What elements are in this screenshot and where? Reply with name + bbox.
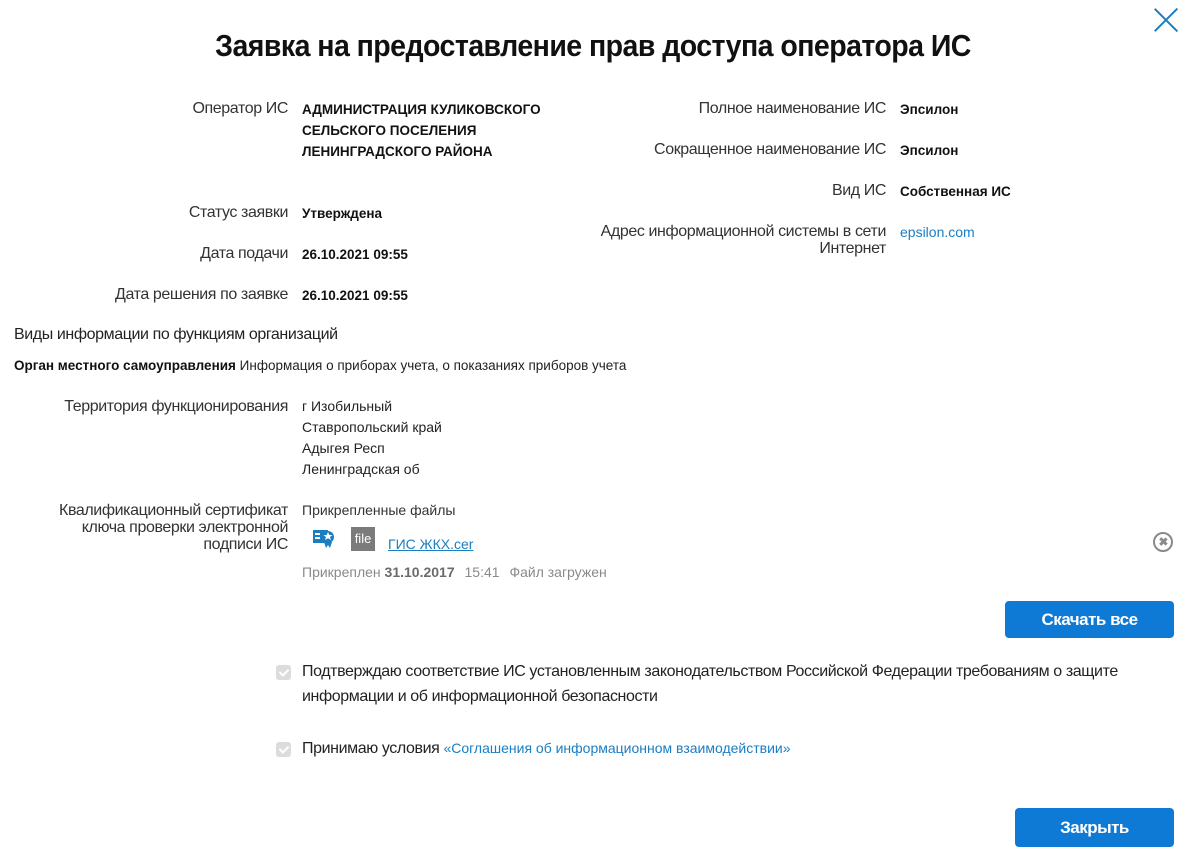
file-status: Файл загружен [509,564,606,580]
confirm-compliance-checkbox[interactable] [276,665,291,680]
close-icon[interactable] [1152,6,1180,34]
field-full-name-value: Эпсилон [900,99,1160,120]
close-button[interactable]: Закрыть [1015,808,1174,847]
info-description: Информация о приборах учета, о показания… [240,358,627,373]
info-type-line: Орган местного самоуправления Информация… [14,358,626,373]
field-label: Вид ИС [0,182,886,199]
field-label: Сокращенное наименование ИС [0,141,886,158]
field-status: Статус заявки [0,204,288,221]
attached-time: 15:41 [465,564,500,580]
certificate-icon [312,527,336,551]
field-is-type: Вид ИС [0,182,886,199]
accept-terms-row: Принимаю условия «Соглашения об информац… [276,740,1152,761]
field-label: Дата решения по заявке [0,286,288,303]
territory-item: Ленинградская об [302,459,442,480]
territory-item: Адыгея Респ [302,438,442,459]
field-is-type-value: Собственная ИС [900,181,1160,202]
field-address: Адрес информационной системы в сети Инте… [600,223,886,257]
dialog-title: Заявка на предоставление прав доступа оп… [47,28,1138,64]
accept-terms-label: Принимаю условия [302,740,439,757]
field-decision-date-value: 26.10.2021 09:55 [302,285,562,306]
organ-name: Орган местного самоуправления [14,358,236,373]
field-submit-date-value: 26.10.2021 09:55 [302,244,562,265]
accept-terms-text: Принимаю условия «Соглашения об информац… [302,736,1152,761]
field-label: Дата подачи [0,245,288,262]
field-decision-date: Дата решения по заявке [0,286,288,303]
confirm-compliance-text: Подтверждаю соответствие ИС установленны… [302,659,1152,709]
territory-item: Ставропольский край [302,417,442,438]
download-all-button[interactable]: Скачать все [1005,601,1174,638]
field-label: Полное наименование ИС [0,100,886,117]
file-link[interactable]: ГИС ЖКХ.cer [388,536,473,552]
info-types-heading: Виды информации по функциям организаций [14,326,338,344]
field-submit-date: Дата подачи [0,245,288,262]
file-item: file ГИС ЖКХ.cer [312,526,473,552]
territory-item: г Изобильный [302,396,442,417]
field-short-name: Сокращенное наименование ИС [0,141,886,158]
attached-date: 31.10.2017 [385,564,455,580]
confirm-compliance-row: Подтверждаю соответствие ИС установленны… [276,663,1152,709]
field-full-name: Полное наименование ИС [0,100,886,117]
field-short-name-value: Эпсилон [900,140,1160,161]
file-type-icon: file [351,527,375,551]
agreement-link[interactable]: «Соглашения об информационном взаимодейс… [443,740,790,756]
field-label: Статус заявки [0,204,288,221]
territory-list: г Изобильный Ставропольский край Адыгея … [302,396,442,480]
remove-file-icon[interactable] [1153,532,1173,552]
certificate-label: Квалификационный сертификат ключа провер… [0,502,288,553]
field-label: Адрес информационной системы в сети Инте… [600,223,886,257]
attached-files-heading: Прикрепленные файлы [302,502,455,518]
attached-prefix: Прикреплен [302,564,381,580]
address-link[interactable]: epsilon.com [900,222,1160,243]
field-label: Территория функционирования [0,398,288,415]
field-territory: Территория функционирования [0,398,288,415]
status-badge: Утверждена [302,203,562,224]
file-meta: Прикреплен 31.10.2017 15:41 Файл загруже… [302,564,607,580]
accept-terms-checkbox[interactable] [276,742,291,757]
